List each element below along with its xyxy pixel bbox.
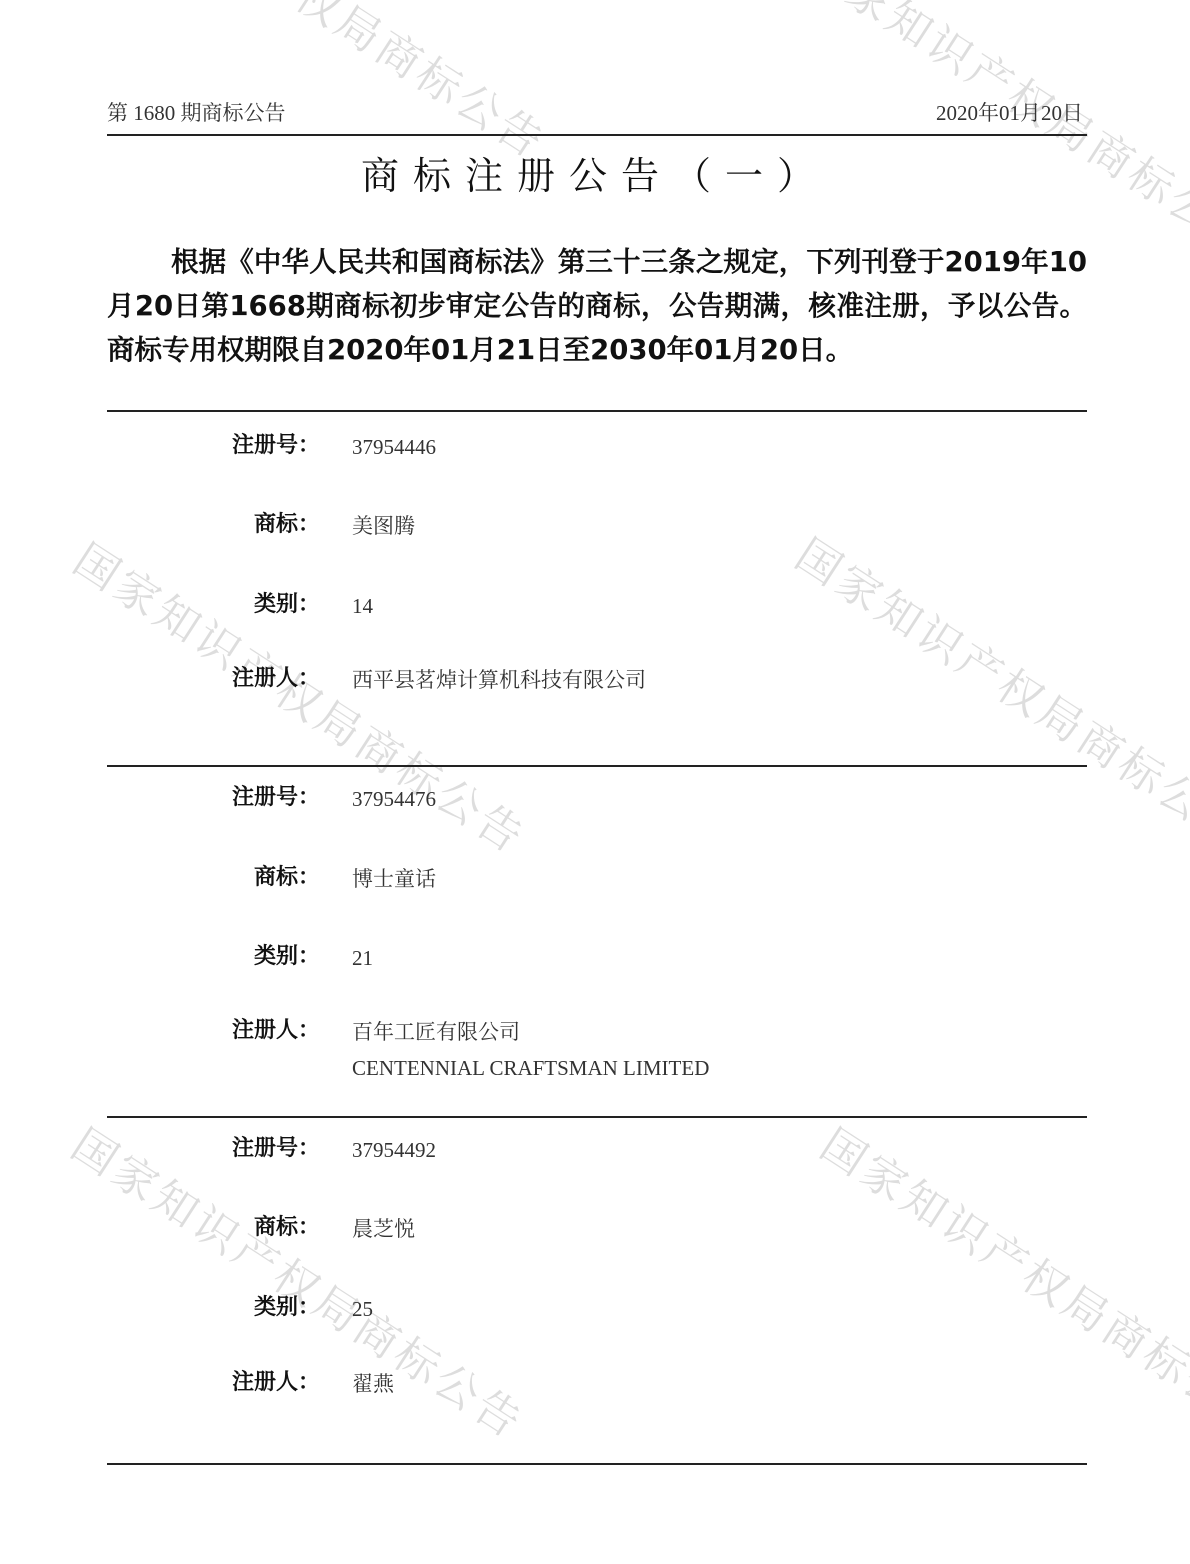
class-value: 14 [352, 588, 373, 624]
field-label: 注册号： [232, 1131, 320, 1167]
record-divider [107, 1116, 1087, 1118]
field-trademark: 商标： 晨芝悦 [0, 1210, 1190, 1250]
registrant-value: 西平县茗焯计算机科技有限公司 [352, 662, 646, 698]
field-label: 商标： [254, 860, 320, 896]
registrant-value: 翟燕 [352, 1366, 394, 1402]
field-label: 商标： [254, 507, 320, 543]
issue-date: 2020年01月20日 [936, 97, 1083, 127]
record-divider [107, 765, 1087, 767]
field-reg-no: 注册号： 37954446 [0, 428, 1190, 468]
page-title: 商标注册公告（一） [0, 148, 1190, 204]
field-registrant: 注册人： 西平县茗焯计算机科技有限公司 [0, 661, 1190, 701]
field-label: 注册人： [232, 1365, 320, 1401]
registrant-value: 百年工匠有限公司 CENTENNIAL CRAFTSMAN LIMITED [352, 1014, 709, 1086]
field-label: 类别： [254, 1290, 320, 1326]
field-label: 类别： [254, 939, 320, 975]
registrant-name: 西平县茗焯计算机科技有限公司 [352, 662, 646, 698]
bottom-divider [107, 1463, 1087, 1465]
field-reg-no: 注册号： 37954492 [0, 1131, 1190, 1171]
field-registrant: 注册人： 翟燕 [0, 1365, 1190, 1405]
registrant-name-english: CENTENNIAL CRAFTSMAN LIMITED [352, 1050, 709, 1086]
issue-number: 第 1680 期商标公告 [107, 97, 286, 127]
field-label: 商标： [254, 1210, 320, 1246]
field-registrant: 注册人： 百年工匠有限公司 CENTENNIAL CRAFTSMAN LIMIT… [0, 1013, 1190, 1053]
watermark: 国家知识产权局商标公告 [83, 0, 561, 171]
reg-no-value: 37954492 [352, 1132, 436, 1168]
header-divider [107, 134, 1087, 136]
field-reg-no: 注册号： 37954476 [0, 780, 1190, 820]
trademark-value: 美图腾 [352, 508, 415, 544]
trademark-value: 博士童话 [352, 861, 436, 897]
field-class: 类别： 21 [0, 939, 1190, 979]
field-trademark: 商标： 博士童话 [0, 860, 1190, 900]
trademark-value: 晨芝悦 [352, 1211, 415, 1247]
intro-paragraph: 根据《中华人民共和国商标法》第三十三条之规定，下列刊登于2019年10月20日第… [107, 240, 1087, 372]
field-class: 类别： 25 [0, 1290, 1190, 1330]
registrant-name: 百年工匠有限公司 [352, 1014, 709, 1050]
reg-no-value: 37954476 [352, 781, 436, 817]
registrant-name: 翟燕 [352, 1366, 394, 1402]
field-label: 类别： [254, 587, 320, 623]
field-label: 注册人： [232, 661, 320, 697]
record-divider [107, 410, 1087, 412]
field-label: 注册号： [232, 428, 320, 464]
class-value: 21 [352, 940, 373, 976]
field-label: 注册号： [232, 780, 320, 816]
class-value: 25 [352, 1291, 373, 1327]
field-class: 类别： 14 [0, 587, 1190, 627]
field-label: 注册人： [232, 1013, 320, 1049]
reg-no-value: 37954446 [352, 429, 436, 465]
field-trademark: 商标： 美图腾 [0, 507, 1190, 547]
